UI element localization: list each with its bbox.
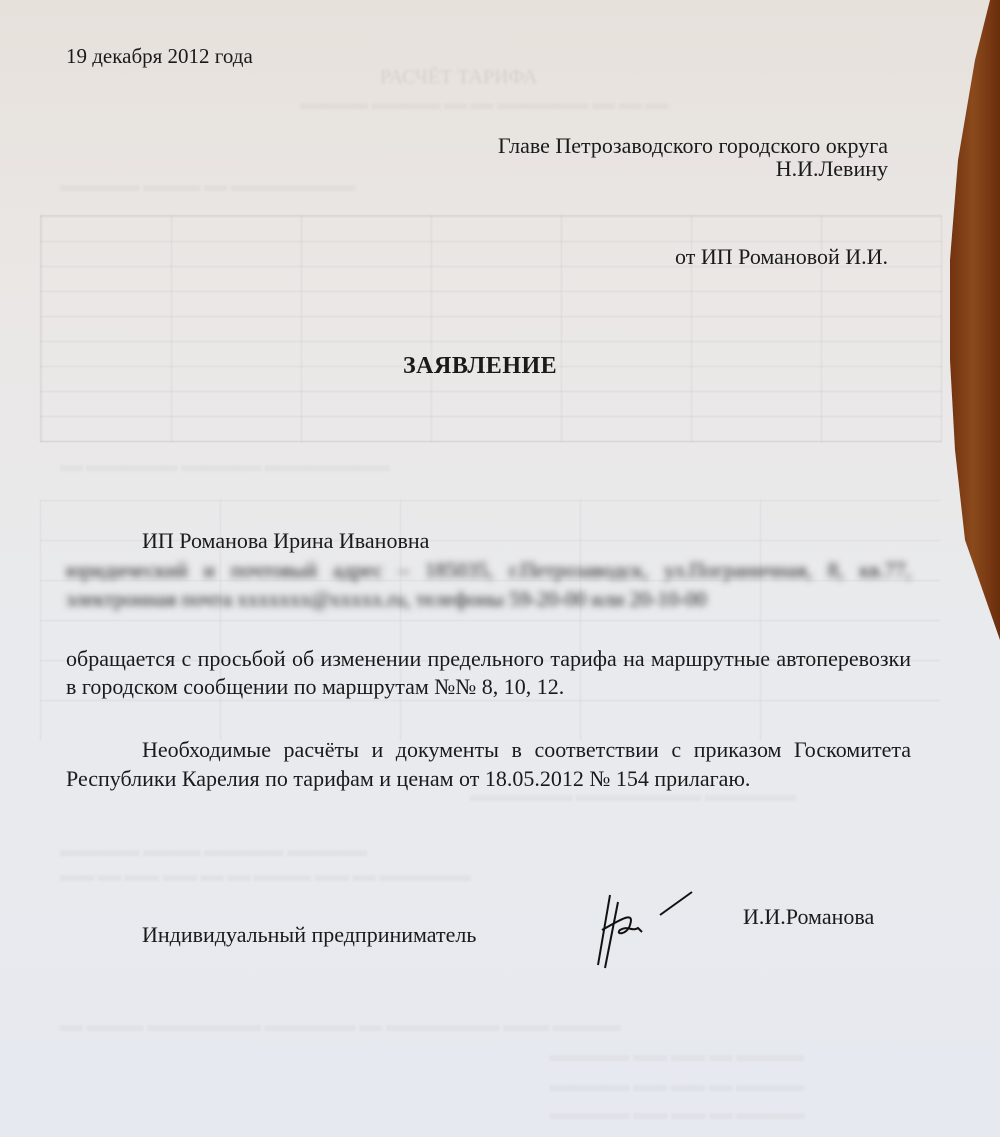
handwritten-signature-icon: [580, 880, 700, 970]
show-through-text: ══════ ══════ ══ ══ ════════ ══ ══ ══: [300, 98, 668, 116]
show-through-text: ══ ═════ ══════════ ════════ ══ ════════…: [60, 1020, 621, 1038]
document-date: 19 декабря 2012 года: [66, 46, 253, 67]
paper-sheet: РАСЧЁТ ТАРИФА ══════ ══════ ══ ══ ══════…: [0, 0, 1000, 1137]
signer-role: Индивидуальный предприниматель: [142, 924, 476, 946]
show-through-text: ═══════ ═════ ═══════ ═══════: [60, 845, 367, 863]
applicant-name: ИП Романова Ирина Ивановна: [142, 530, 429, 552]
signer-name: И.И.Романова: [743, 906, 874, 928]
sender-line: от ИП Романовой И.И.: [675, 246, 888, 268]
redacted-contact-block: юридический и почтовый адрес – 185035, г…: [66, 556, 911, 614]
show-through-text: ═══════ ═══ ═══ ══ ══════: [550, 1080, 804, 1098]
attachment-paragraph: Необходимые расчёты и документы в соотве…: [66, 735, 911, 793]
show-through-text: ═══════ ═════ ══ ═══════════: [60, 180, 355, 198]
show-through-text: ══ ════════ ═══════ ═══════════: [60, 460, 389, 478]
show-through-text: ═══════ ═══ ═══ ══ ══════: [550, 1108, 804, 1126]
document-title: ЗАЯВЛЕНИЕ: [403, 354, 557, 378]
recipient-line-2: Н.И.Левину: [776, 158, 888, 180]
request-paragraph: обращается с просьбой об изменении преде…: [66, 645, 911, 701]
show-through-text: ═══ ══ ═══ ═══ ══ ══ ═════ ═══ ══ ══════…: [60, 870, 470, 888]
show-through-text: РАСЧЁТ ТАРИФА: [380, 66, 538, 89]
show-through-text: ═══════ ═══ ═══ ══ ══════: [550, 1050, 804, 1068]
recipient-line-1: Главе Петрозаводского городского округа: [498, 135, 888, 157]
